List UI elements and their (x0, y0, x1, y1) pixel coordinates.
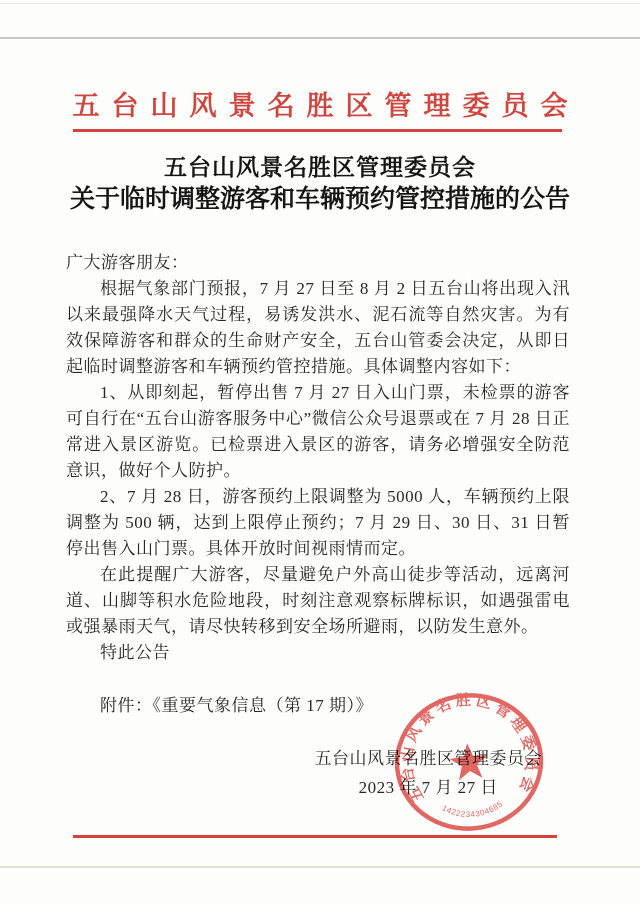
body-paragraph: 2、7 月 28 日，游客预约上限调整为 5000 人，车辆预约上限调整为 50… (66, 484, 570, 562)
document-title: 五台山风景名胜区管理委员会 关于临时调整游客和车辆预约管控措施的公告 (30, 152, 610, 216)
greeting-line: 广大游客朋友： (66, 250, 570, 276)
page-top-divider (0, 37, 640, 39)
footer-red-rule (73, 835, 557, 838)
seal-star-icon (448, 741, 490, 781)
letterhead-org-name: 五台山风景名胜区管理委员会 (0, 84, 640, 123)
official-red-seal: 五台山风景名胜区管理委员会 1422234304685 (380, 673, 558, 851)
body-paragraph: 1、从即刻起，暂停出售 7 月 27 日入山门票，未检票的游客可自行在“五台山游… (66, 380, 570, 484)
document-title-line1: 五台山风景名胜区管理委员会 (30, 152, 610, 183)
scan-artifact-line (0, 866, 640, 868)
document-body: 广大游客朋友： 根据气象部门预报，7 月 27 日至 8 月 2 日五台山将出现… (66, 250, 570, 719)
closing-phrase: 特此公告 (66, 640, 570, 666)
seal-number: 1422234304685 (440, 797, 506, 822)
document-title-line2: 关于临时调整游客和车辆预约管控措施的公告 (30, 183, 610, 216)
letterhead-red-rule (73, 129, 562, 132)
scanned-official-notice: 五台山风景名胜区管理委员会 五台山风景名胜区管理委员会 关于临时调整游客和车辆预… (0, 0, 640, 905)
scan-artifact-line (0, 3, 640, 4)
svg-text:1422234304685: 1422234304685 (440, 797, 506, 822)
body-paragraph: 根据气象部门预报，7 月 27 日至 8 月 2 日五台山将出现入汛以来最强降水… (66, 276, 570, 380)
body-paragraph: 在此提醒广大游客，尽量避免户外高山徒步等活动，远离河道、山脚等积水危险地段，时刻… (66, 562, 570, 640)
